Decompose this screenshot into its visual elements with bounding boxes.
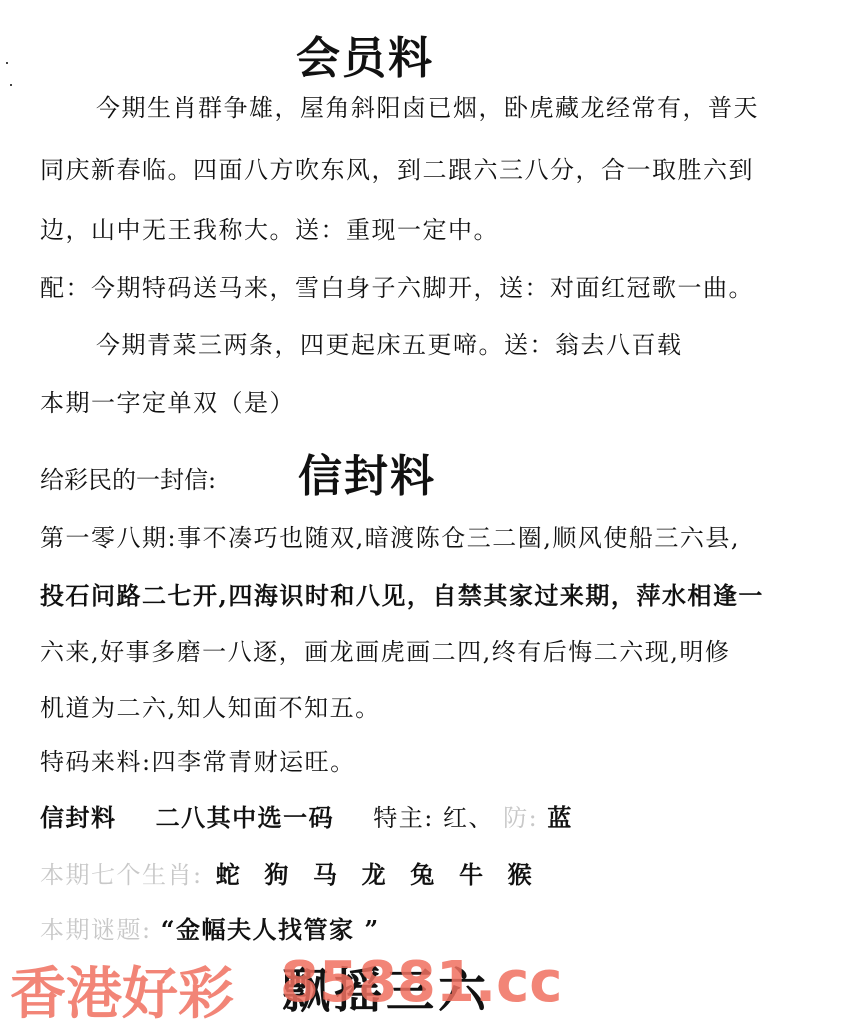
zodiac-animal: 猴	[508, 860, 534, 889]
zodiac-label: 本期七个生肖:	[40, 861, 203, 889]
zodiac-animal: 龙	[362, 860, 388, 889]
pick-label: 信封料	[40, 803, 117, 832]
riddle-text: “金幅夫人找管家 ”	[161, 915, 380, 944]
member-paragraph-line-4: 配：今期特码送马来，雪白身子六脚开，送：对面红冠歌一曲。	[40, 268, 754, 303]
envelope-line-1: 第一零八期:事不凑巧也随双,暗渡陈仓三二圈,顺风使船三六县,	[40, 518, 740, 553]
guard-color: 蓝	[547, 803, 573, 832]
watermark-domain: 85881.cc	[280, 950, 563, 1015]
zodiac-animal: 兔	[410, 860, 436, 889]
envelope-pick-line: 信封料 二八其中选一码 特主: 红、 防: 蓝	[40, 798, 573, 833]
zodiac-animal: 马	[313, 860, 339, 889]
envelope-line-3: 六来,好事多磨一八逐，画龙画虎画二四,终有后悔二六现,明修	[40, 632, 730, 667]
envelope-section-title: 信封料	[298, 440, 436, 504]
zodiac-animal: 蛇	[216, 860, 242, 889]
envelope-intro-label: 给彩民的一封信:	[40, 460, 216, 495]
main-color: 红、	[443, 804, 494, 832]
zodiac-animal: 狗	[264, 860, 290, 889]
member-paragraph-line-3: 边，山中无王我称大。送：重现一定中。	[40, 210, 499, 245]
riddle-line: 本期谜题: “金幅夫人找管家 ”	[40, 910, 380, 945]
envelope-line-2: 投石问路二七开,四海识时和八见，自禁其家过来期，萍水相逢一	[40, 576, 764, 611]
main-label: 特主:	[373, 804, 434, 832]
riddle-label: 本期谜题:	[40, 916, 152, 944]
pick-text: 二八其中选一码	[156, 803, 335, 832]
zodiac-line: 本期七个生肖: 蛇 狗 马 龙 兔 牛 猴	[40, 855, 547, 890]
member-paragraph-line-2: 同庆新春临。四面八方吹东风，到二跟六三八分，合一取胜六到	[40, 150, 754, 185]
zodiac-animal: 牛	[459, 860, 485, 889]
special-code-line: 特码来料:四李常青财运旺。	[40, 742, 356, 777]
member-paragraph-line-5: 今期青菜三两条，四更起床五更啼。送：翁去八百载	[96, 325, 683, 360]
watermark-brand: 香港好彩	[10, 950, 234, 1024]
envelope-line-4: 机道为二六,知人知面不知五。	[40, 688, 381, 723]
guard-label: 防:	[503, 804, 538, 832]
member-odd-even-line: 本期一字定单双（是）	[40, 383, 295, 418]
scan-speck	[6, 62, 8, 64]
member-paragraph-line-1: 今期生肖群争雄，屋角斜阳卤已烟，卧虎藏龙经常有，普天	[96, 88, 759, 123]
member-section-title: 会员料	[296, 22, 434, 86]
scan-speck	[10, 84, 12, 86]
